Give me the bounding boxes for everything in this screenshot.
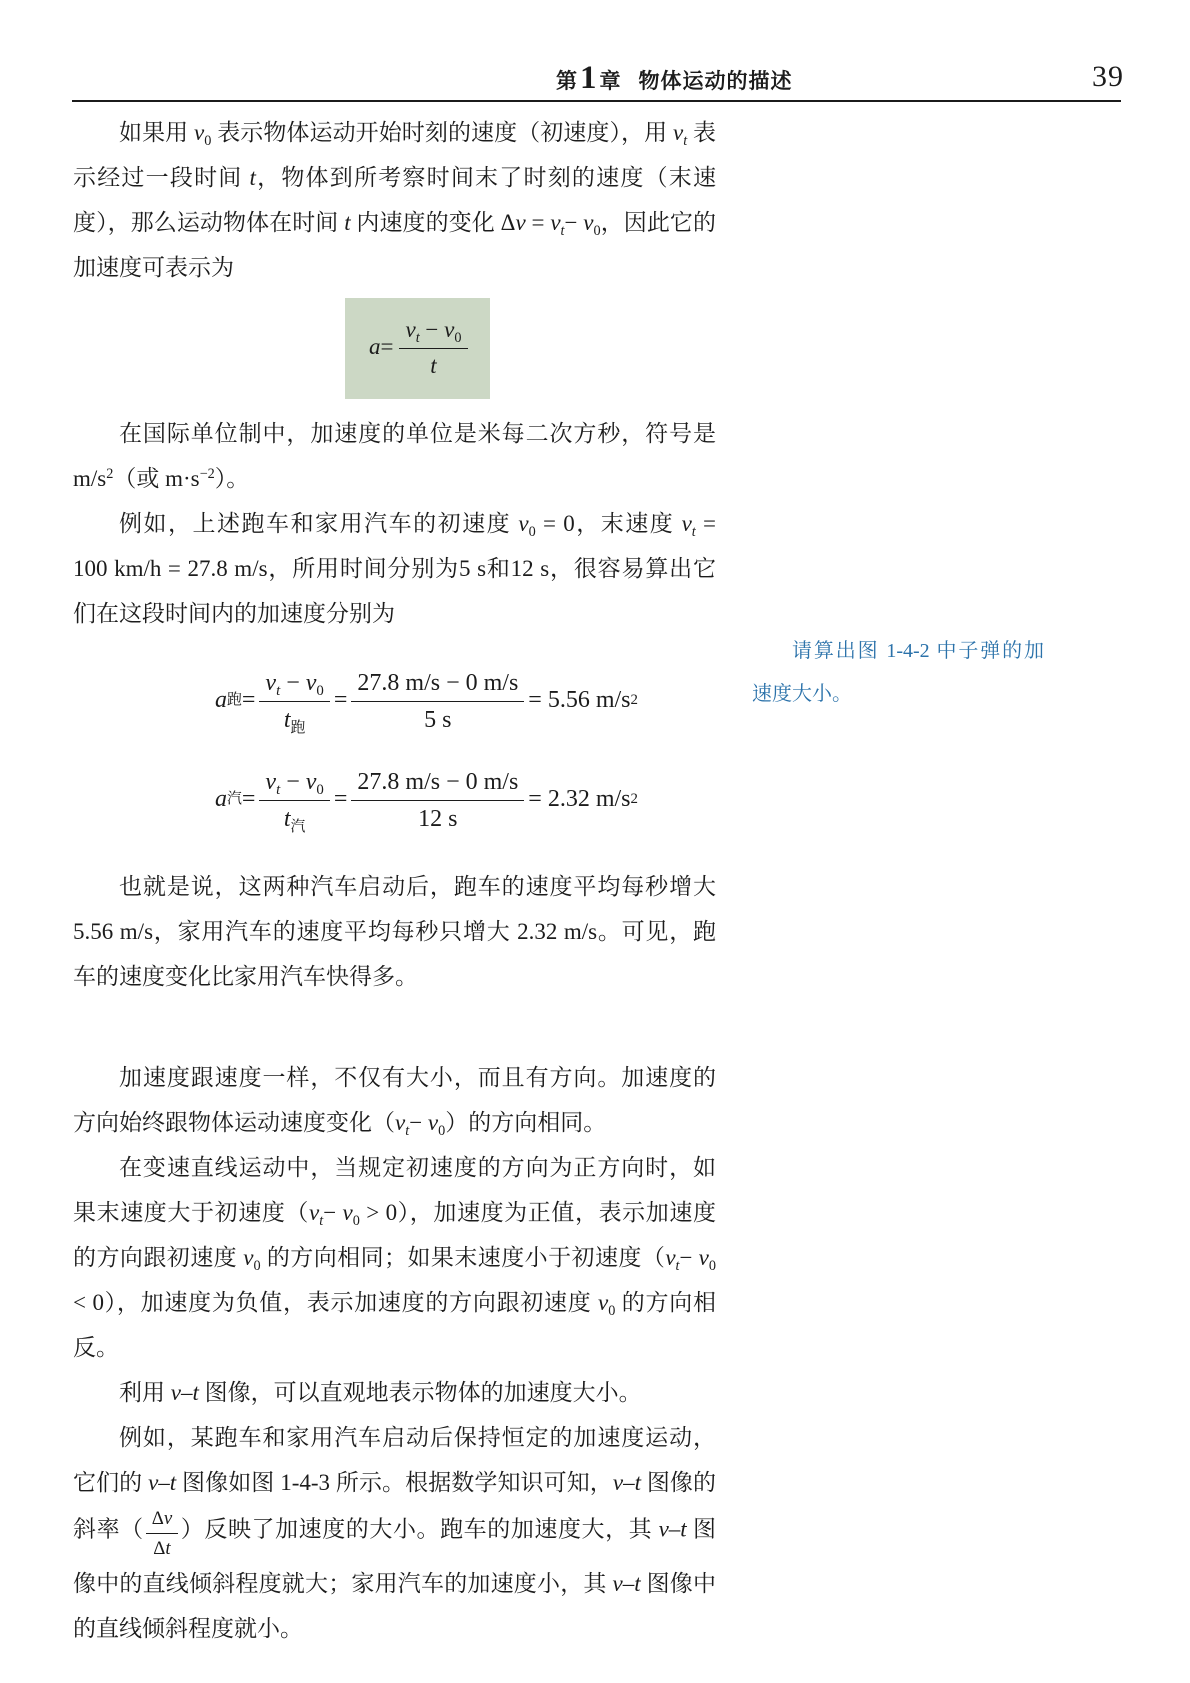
equation-sportscar: a跑 = vt − v0t跑 = 27.8 m/s − 0 m/s5 s = 5… [215,666,716,735]
para-direction: 加速度跟速度一样，不仅有大小，而且有方向。加速度的方向始终跟物体运动速度变化（v… [73,1055,716,1145]
para-example-setup: 例如，上述跑车和家用汽车的初速度 v0 = 0，末速度 vt = 100 km/… [73,501,716,636]
para-acceleration-definition: 如果用 v0 表示物体运动开始时刻的速度（初速度），用 vt 表示经过一段时间 … [73,110,716,290]
chapter-prefix: 第 [556,65,577,95]
para-vt-graph-example: 例如，某跑车和家用汽车启动后保持恒定的加速度运动，它们的 v–t 图像如图 1-… [73,1415,716,1651]
para-si-unit: 在国际单位制中，加速度的单位是米每二次方秒，符号是 m/s2（或 m·s−2）。 [73,411,716,501]
header-rule [72,100,1121,102]
chapter-title: 物体运动的描述 [639,65,793,95]
inline-fraction: vt − v0t汽 [259,765,329,834]
inline-fraction: 27.8 m/s − 0 m/s5 s [351,666,524,735]
page-number: 39 [1092,60,1124,94]
inline-fraction: 27.8 m/s − 0 m/s12 s [351,765,524,834]
para-sign-convention: 在变速直线运动中，当规定初速度的方向为正方向时，如果末速度大于初速度（vt− v… [73,1145,716,1370]
sidebar-note: 请算出图 1-4-2 中子弹的加速度大小。 [752,630,1044,716]
equation-family-car: a汽 = vt − v0t汽 = 27.8 m/s − 0 m/s12 s = … [215,765,716,834]
para-comparison: 也就是说，这两种汽车启动后，跑车的速度平均每秒增大 5.56 m/s，家用汽车的… [73,864,716,999]
main-column: 如果用 v0 表示物体运动开始时刻的速度（初速度），用 vt 表示经过一段时间 … [73,110,716,1651]
inline-fraction: vt − v0t [399,314,467,381]
inline-fraction: ΔvΔt [146,1505,179,1561]
para-vt-graph-intro: 利用 v–t 图像，可以直观地表示物体的加速度大小。 [73,1370,716,1415]
chapter-heading: 第 1 章 物体运动的描述 [556,60,793,97]
formula-box-acceleration: a = vt − v0t [345,298,716,399]
inline-fraction: vt − v0t跑 [259,666,329,735]
chapter-number: 1 [577,60,600,97]
formula-box: a = vt − v0t [345,298,490,399]
chapter-suffix: 章 [600,65,621,95]
textbook-page: 第 1 章 物体运动的描述 39 如果用 v0 表示物体运动开始时刻的速度（初速… [0,0,1190,1683]
